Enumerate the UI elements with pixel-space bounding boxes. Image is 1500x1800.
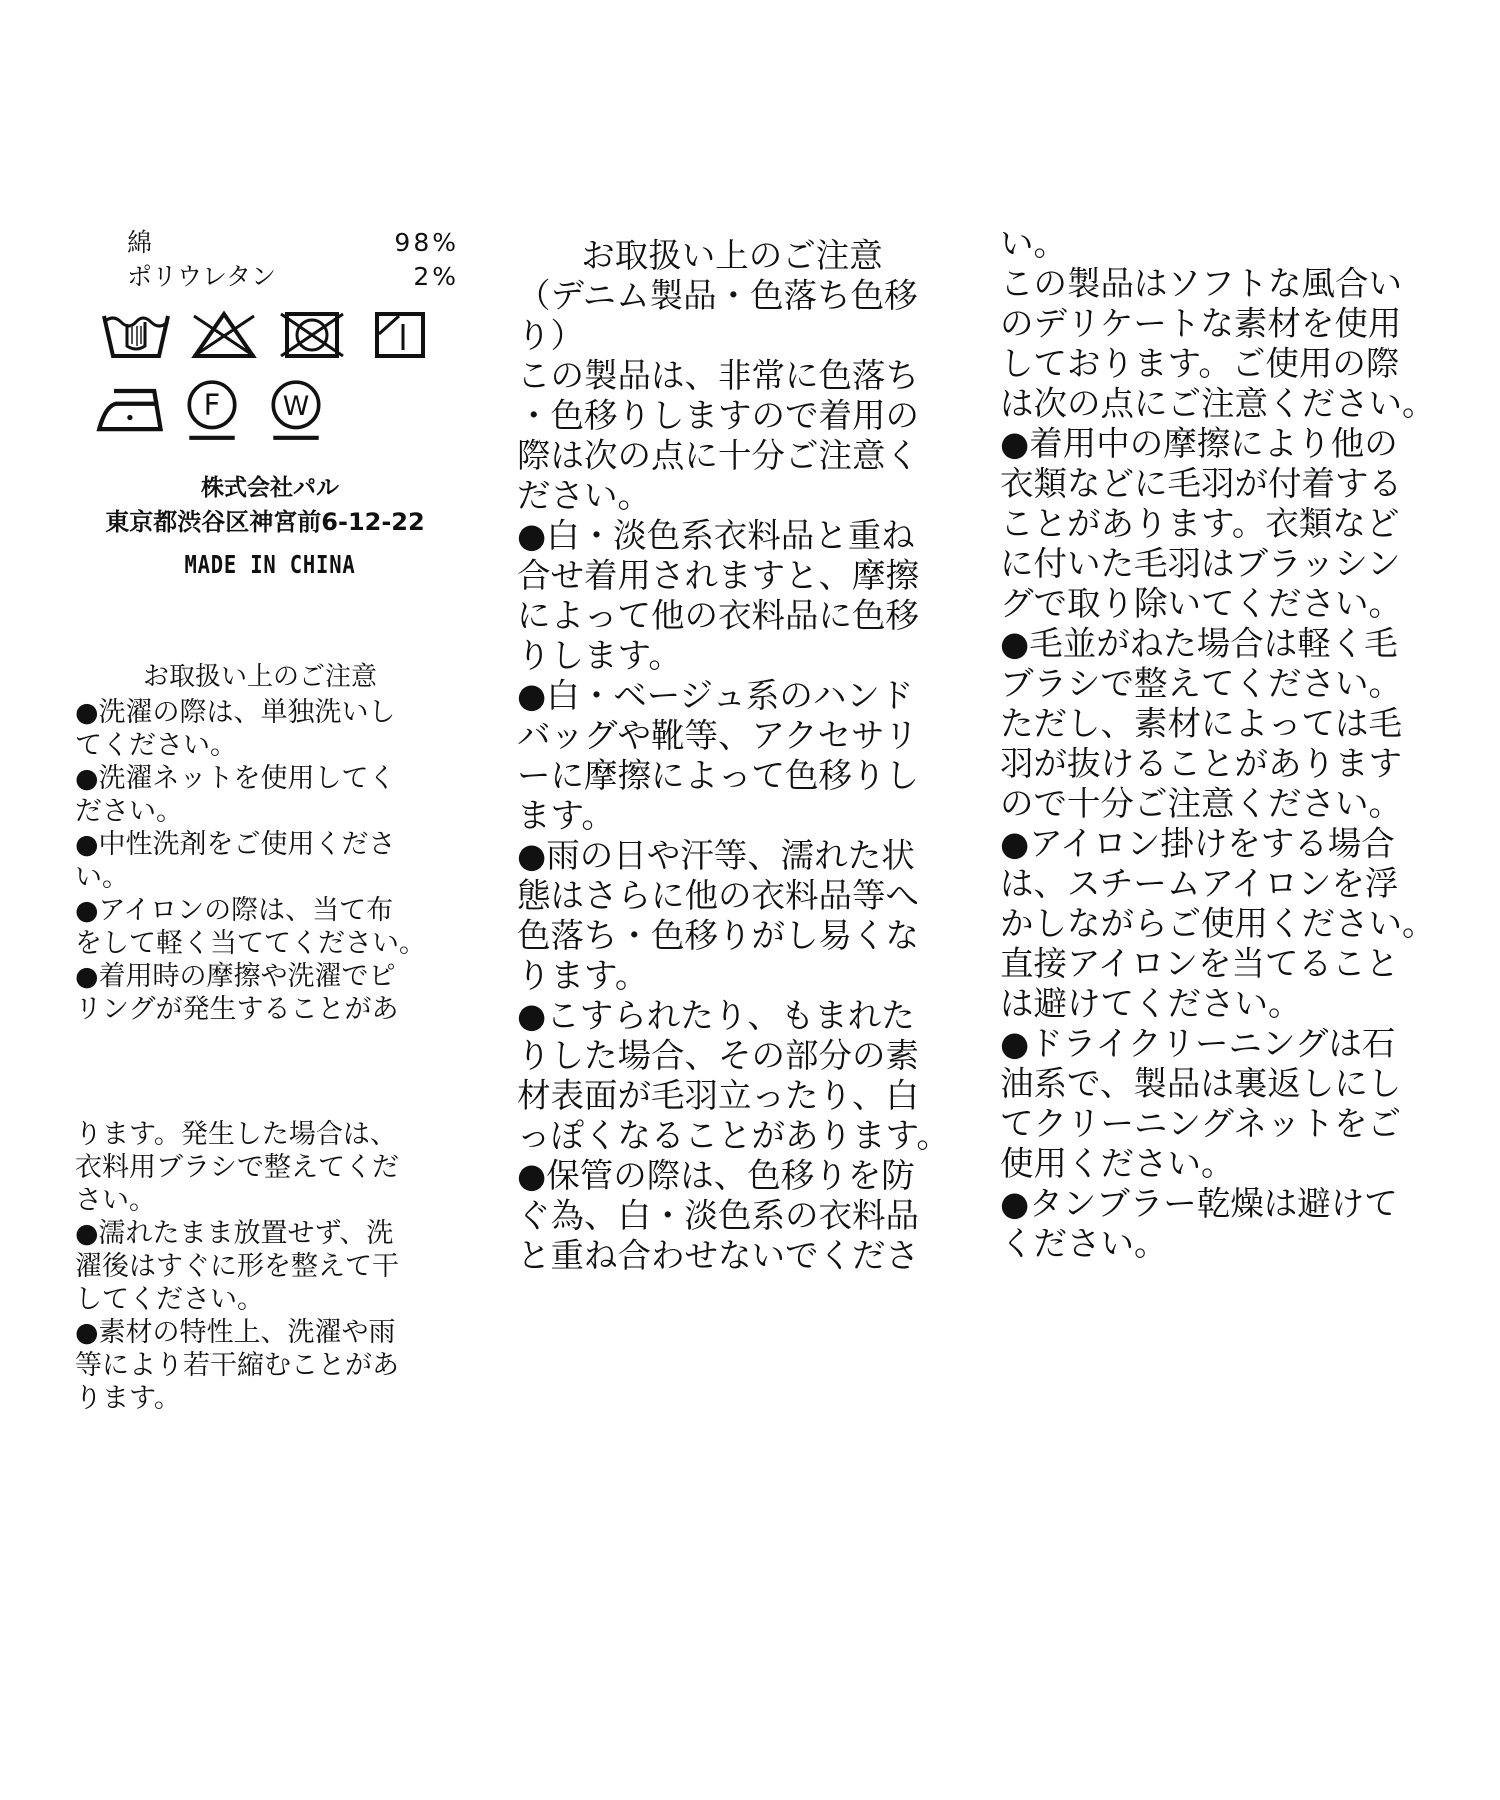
left-notes-title: お取扱い上のご注意 (75, 662, 445, 692)
material-name: 綿 (127, 228, 152, 258)
note-line: 衣類などに毛羽が付着する (1000, 464, 1470, 504)
note-line: グで取り除いてください。 (1000, 584, 1470, 624)
material-percent: 98% (394, 228, 459, 258)
note-line: ります。発生した場合は、 (75, 1118, 399, 1151)
note-line: ぐ為、白・淡色系の衣料品 (517, 1196, 977, 1236)
note-line: てクリーニングネットをご (1000, 1104, 1470, 1144)
note-line: 合せ着用されますと、摩擦 (517, 556, 977, 596)
note-line: しております。ご使用の際 (1000, 344, 1470, 384)
note-line: この製品はソフトな風合い (1000, 264, 1470, 304)
material-name: ポリウレタン (127, 262, 276, 292)
note-line: バッグや靴等、アクセサリ (517, 716, 977, 756)
left-notes-body-bottom: ります。発生した場合は、 衣料用ブラシで整えてくだ さい。 ●濡れたまま放置せず… (75, 1118, 399, 1415)
note-line: のデリケートな素材を使用 (1000, 304, 1470, 344)
note-line: ます。 (517, 796, 977, 836)
dry-clean-f-gentle-icon: F (181, 378, 243, 442)
note-line: ださい。 (75, 795, 426, 828)
note-line: ●洗濯の際は、単独洗いし (75, 696, 426, 729)
note-line: に付いた毛羽はブラッシン (1000, 544, 1470, 584)
note-line: い。 (75, 861, 426, 894)
note-line: ●洗濯ネットを使用してく (75, 762, 426, 795)
no-tumble-dry-icon (277, 304, 347, 366)
note-line: 直接アイロンを当てること (1000, 944, 1470, 984)
note-line: ださい。 (517, 476, 977, 516)
note-line: リングが発生することがあ (75, 993, 426, 1026)
note-line: ・色移りしますので着用の (517, 396, 977, 436)
note-line: は避けてください。 (1000, 984, 1470, 1024)
svg-text:F: F (204, 388, 221, 422)
note-line: ただし、素材によっては毛 (1000, 704, 1470, 744)
composition-row: ポリウレタン 2% (127, 262, 459, 292)
note-line: ●雨の日や汗等、濡れた状 (517, 836, 977, 876)
note-line: ●保管の際は、色移りを防 (517, 1156, 977, 1196)
care-notes-right-column: い。 この製品はソフトな風合い のデリケートな素材を使用 しております。ご使用の… (1000, 224, 1470, 1264)
note-line: ブラシで整えてください。 (1000, 664, 1470, 704)
note-line: 材表面が毛羽立ったり、白 (517, 1076, 977, 1116)
note-line: 衣料用ブラシで整えてくだ (75, 1151, 399, 1184)
note-line: してください。 (75, 1283, 399, 1316)
material-percent: 2% (413, 262, 459, 292)
note-line: い。 (1000, 224, 1470, 264)
svg-text:W: W (283, 391, 310, 422)
wet-clean-w-gentle-icon: W (265, 378, 327, 442)
company-name: 株式会社パル (90, 472, 450, 504)
note-line: ので十分ご注意ください。 (1000, 784, 1470, 824)
note-line: ●中性洗剤をご使用くださ (75, 828, 426, 861)
note-line: ●ドライクリーニングは石 (1000, 1024, 1470, 1064)
iron-low-icon (95, 378, 169, 440)
care-notes-middle-column: お取扱い上のご注意 （デニム製品・色落ち色移 り） この製品は、非常に色落ち ・… (517, 236, 977, 1276)
note-line: と重ね合わせないでくださ (517, 1236, 977, 1276)
note-line: ●タンブラー乾燥は避けて (1000, 1184, 1470, 1224)
note-line: かしながらご使用ください。 (1000, 904, 1470, 944)
note-line: てください。 (75, 729, 426, 762)
note-line: ●白・淡色系衣料品と重ね (517, 516, 977, 556)
note-line: は次の点にご注意ください。 (1000, 384, 1470, 424)
no-bleach-icon (189, 304, 259, 366)
note-line: さい。 (75, 1184, 399, 1217)
country-of-origin: MADE IN CHINA (122, 550, 417, 579)
note-line: 使用ください。 (1000, 1144, 1470, 1184)
note-line: ●着用時の摩擦や洗濯でピ (75, 960, 426, 993)
note-line: ●着用中の摩擦により他の (1000, 424, 1470, 464)
care-symbols-row (101, 304, 435, 366)
note-line: ことがあります。衣類など (1000, 504, 1470, 544)
care-symbols-row: F W (95, 378, 327, 442)
note-line: をして軽く当ててください。 (75, 927, 426, 960)
drip-dry-shade-icon (365, 304, 435, 366)
note-line: この製品は、非常に色落ち (517, 356, 977, 396)
middle-notes-title: お取扱い上のご注意 (517, 236, 947, 276)
note-line: 態はさらに他の衣料品等へ (517, 876, 977, 916)
company-address: 東京都渋谷区神宮前6-12-22 (75, 506, 455, 538)
note-line: ーに摩擦によって色移りし (517, 756, 977, 796)
note-line: ください。 (1000, 1224, 1470, 1264)
hand-wash-30-icon (101, 304, 171, 366)
note-line: 濯後はすぐに形を整えて干 (75, 1250, 399, 1283)
left-notes-body-top: ●洗濯の際は、単独洗いし てください。 ●洗濯ネットを使用してく ださい。 ●中… (75, 696, 426, 1026)
note-line: は、スチームアイロンを浮 (1000, 864, 1470, 904)
note-line: によって他の衣料品に色移 (517, 596, 977, 636)
note-line: ●アイロン掛けをする場合 (1000, 824, 1470, 864)
note-line: ります。 (75, 1382, 399, 1415)
note-line: 際は次の点に十分ご注意く (517, 436, 977, 476)
note-line: 油系で、製品は裏返しにし (1000, 1064, 1470, 1104)
note-line: り） (517, 316, 977, 356)
note-line: ●白・ベージュ系のハンド (517, 676, 977, 716)
note-line: （デニム製品・色落ち色移 (517, 276, 977, 316)
note-line: 羽が抜けることがあります (1000, 744, 1470, 784)
note-line: ●濡れたまま放置せず、洗 (75, 1217, 399, 1250)
note-line: ります。 (517, 956, 977, 996)
note-line: りした場合、その部分の素 (517, 1036, 977, 1076)
note-line: ●素材の特性上、洗濯や雨 (75, 1316, 399, 1349)
note-line: ●アイロンの際は、当て布 (75, 894, 426, 927)
note-line: りします。 (517, 636, 977, 676)
note-line: 色落ち・色移りがし易くな (517, 916, 977, 956)
note-line: ●こすられたり、もまれた (517, 996, 977, 1036)
note-line: 等により若干縮むことがあ (75, 1349, 399, 1382)
note-line: ●毛並がねた場合は軽く毛 (1000, 624, 1470, 664)
note-line: っぽくなることがあります。 (517, 1116, 977, 1156)
composition-row: 綿 98% (127, 228, 459, 258)
